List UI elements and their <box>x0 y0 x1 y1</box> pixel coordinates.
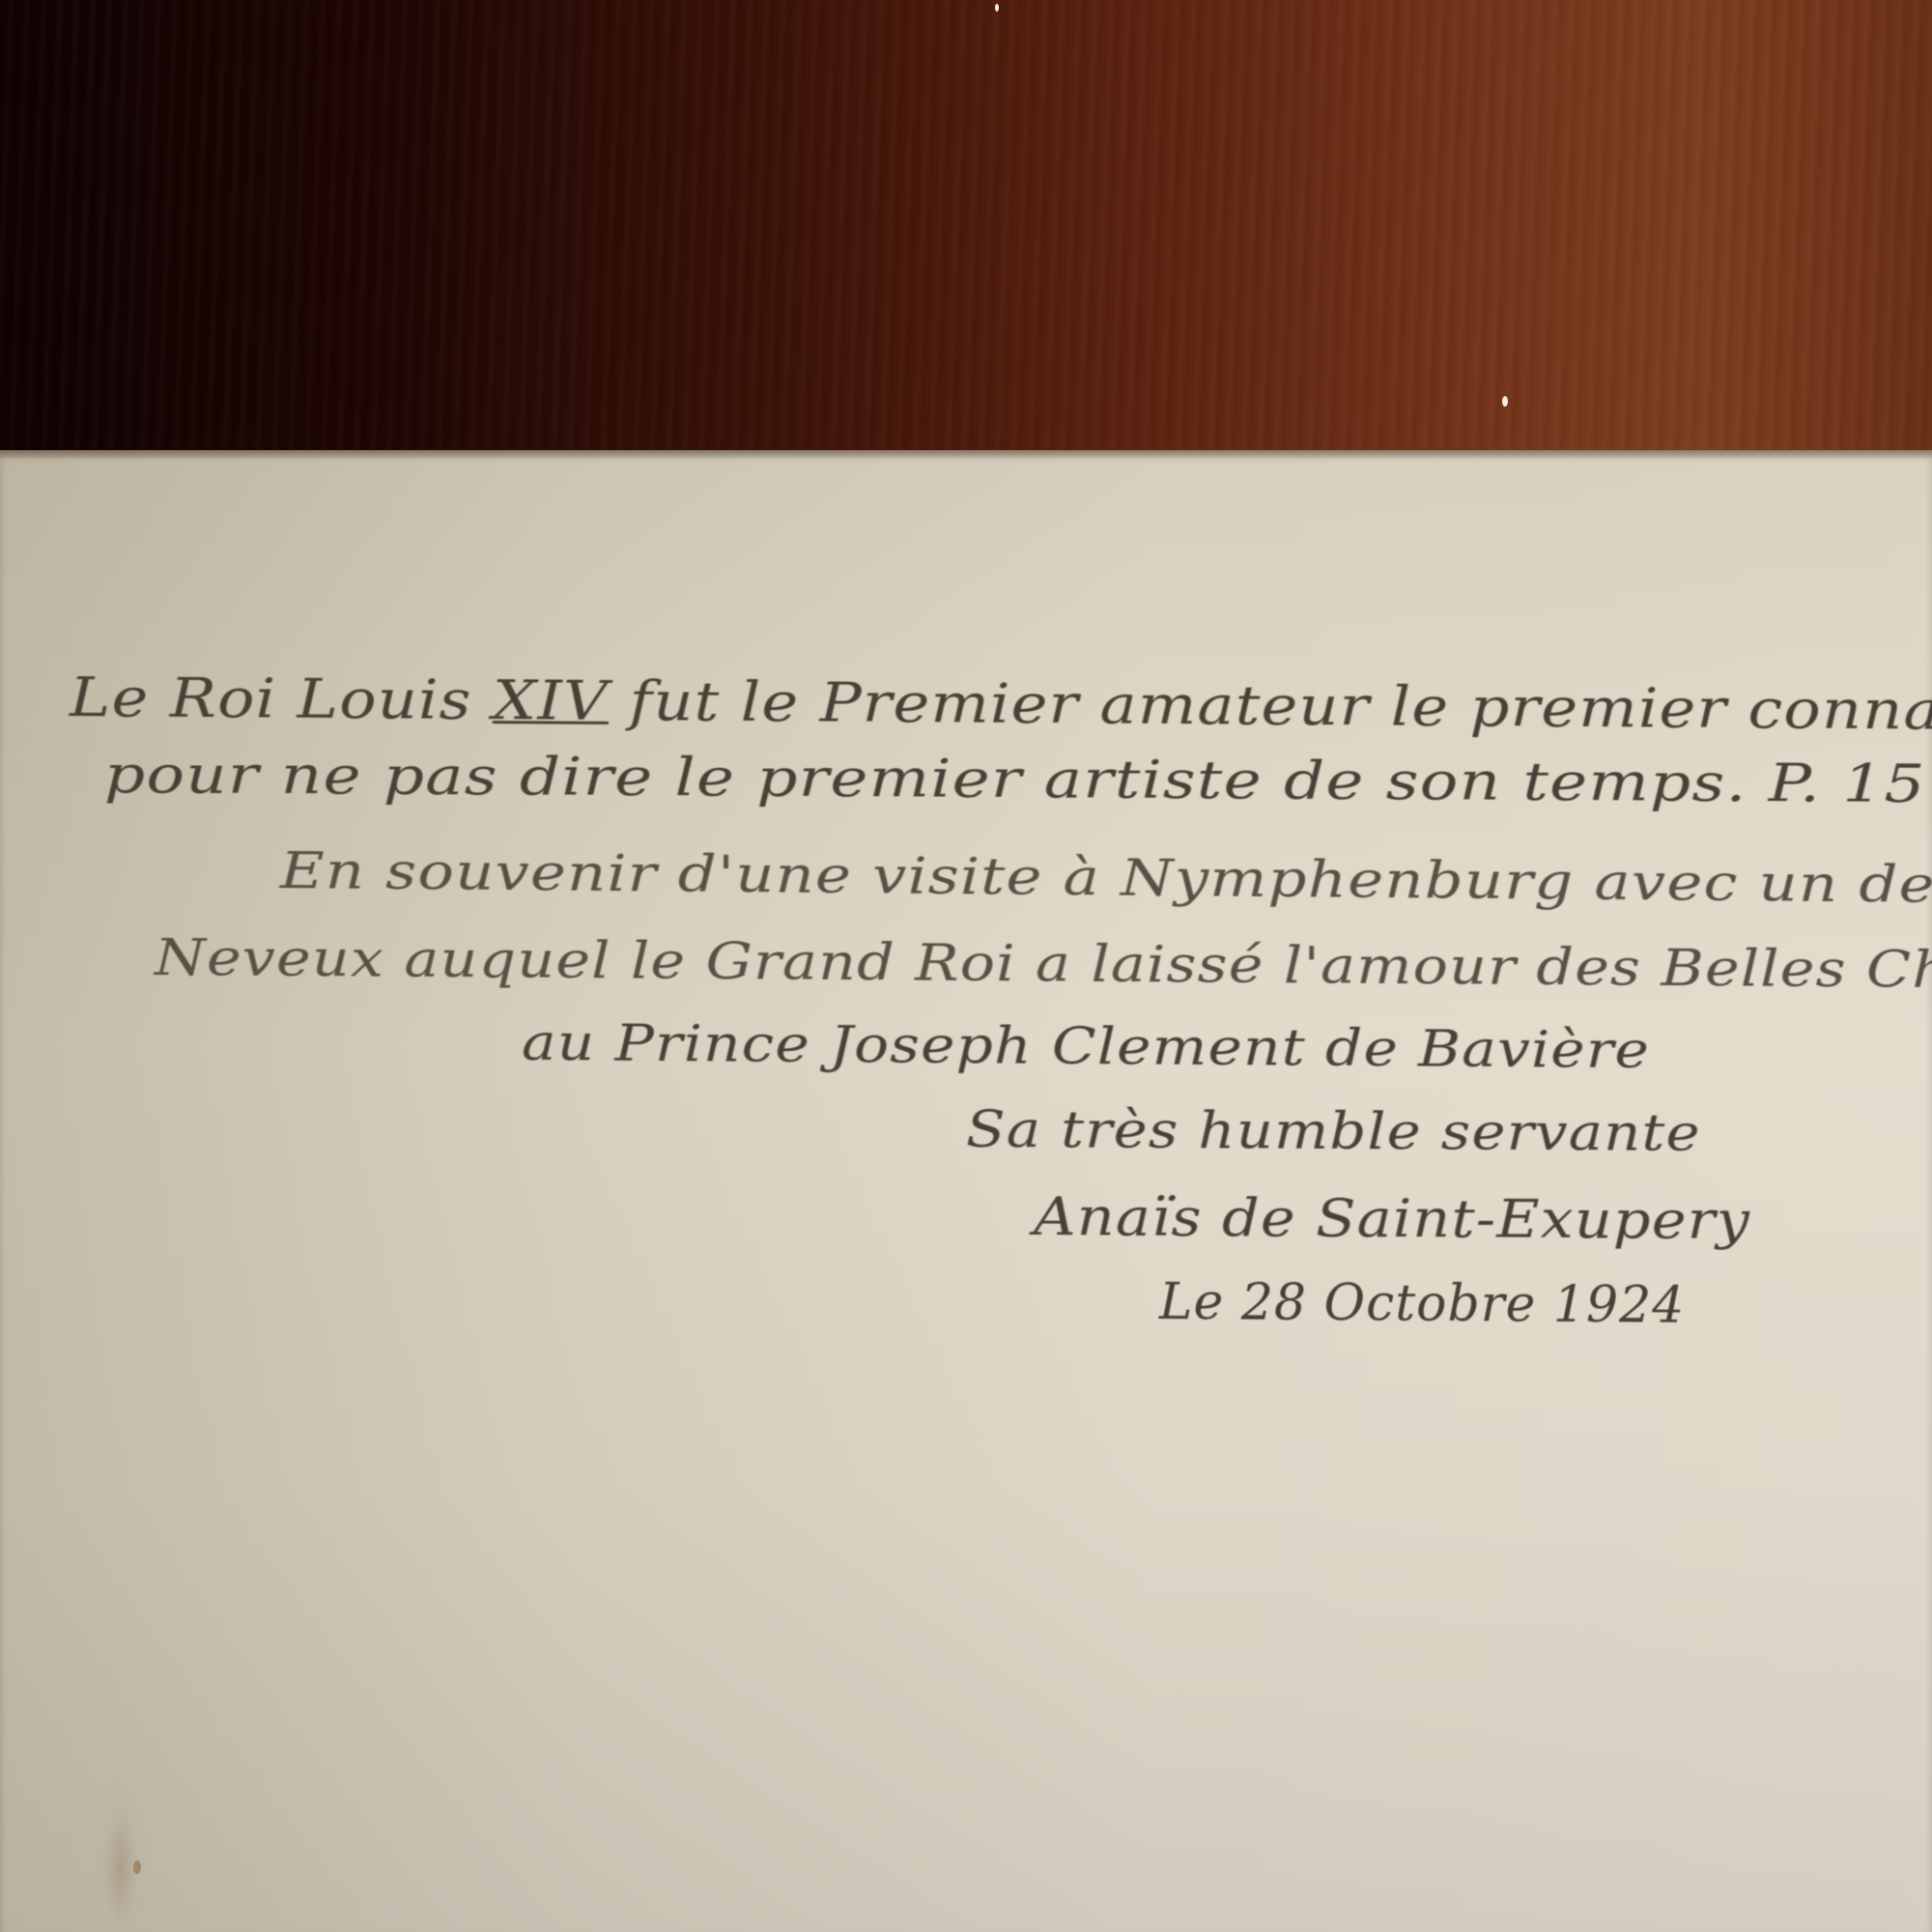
quote-line-1-start: Le Roi Louis <box>70 667 493 732</box>
paper-top-edge <box>0 450 1932 460</box>
closing-salutation: Sa très humble servante <box>966 1101 1701 1163</box>
paper-crease <box>92 1764 150 1932</box>
dust-speck <box>1502 396 1508 407</box>
wooden-table-surface <box>0 0 1932 454</box>
signature: Anaïs de Saint-Exupery <box>1034 1186 1750 1251</box>
quote-line-2: pour ne pas dire le premier artiste de s… <box>104 744 1932 814</box>
photo-scene: Le Roi Louis XIV fut le Premier amateur … <box>0 0 1932 1932</box>
dust-speck <box>995 4 999 12</box>
paper-stain <box>133 1861 141 1874</box>
quote-line-1-end: fut le Premier amateur le premier connai… <box>609 670 1932 744</box>
roman-numeral: XIV <box>493 669 610 733</box>
dedication-line-3: au Prince Joseph Clement de Bavière <box>522 1014 1651 1080</box>
date: Le 28 Octobre 1924 <box>1159 1273 1686 1335</box>
